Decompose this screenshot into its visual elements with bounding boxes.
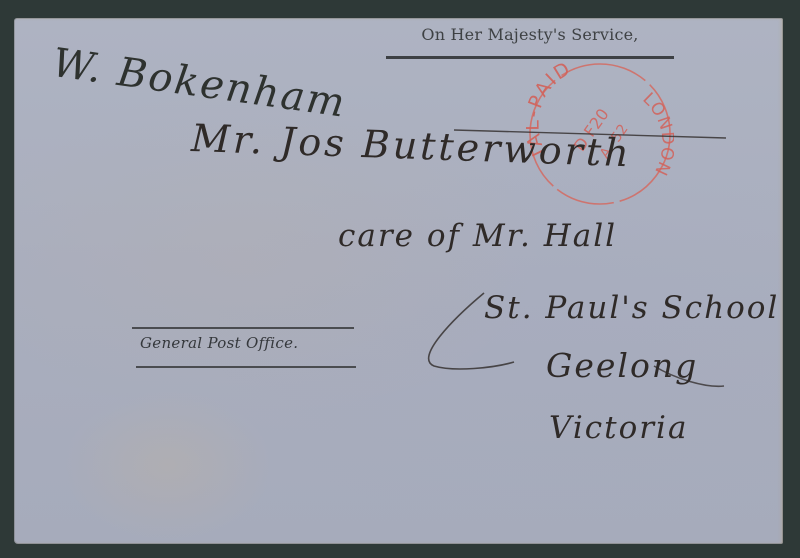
footer-rule-bottom bbox=[136, 366, 356, 368]
envelope: On Her Majesty's Service, General Post O… bbox=[14, 18, 783, 544]
address-line-colony: Victoria bbox=[549, 410, 688, 446]
signature-handwritten: W. Bokenham bbox=[50, 40, 350, 127]
printed-header-ohms: On Her Majesty's Service, bbox=[387, 26, 673, 44]
header-rule bbox=[386, 56, 674, 59]
address-line-school: St. Paul's School bbox=[484, 290, 779, 326]
address-line-care-of: care of Mr. Hall bbox=[338, 218, 617, 254]
scan-frame: On Her Majesty's Service, General Post O… bbox=[0, 0, 800, 558]
printed-footer-gpo: General Post Office. bbox=[140, 334, 298, 352]
svg-text:LONDON: LONDON bbox=[639, 89, 674, 179]
address-line-town: Geelong bbox=[546, 346, 698, 385]
postmark-city-text: LONDON bbox=[639, 89, 674, 179]
footer-rule-top bbox=[132, 327, 354, 329]
